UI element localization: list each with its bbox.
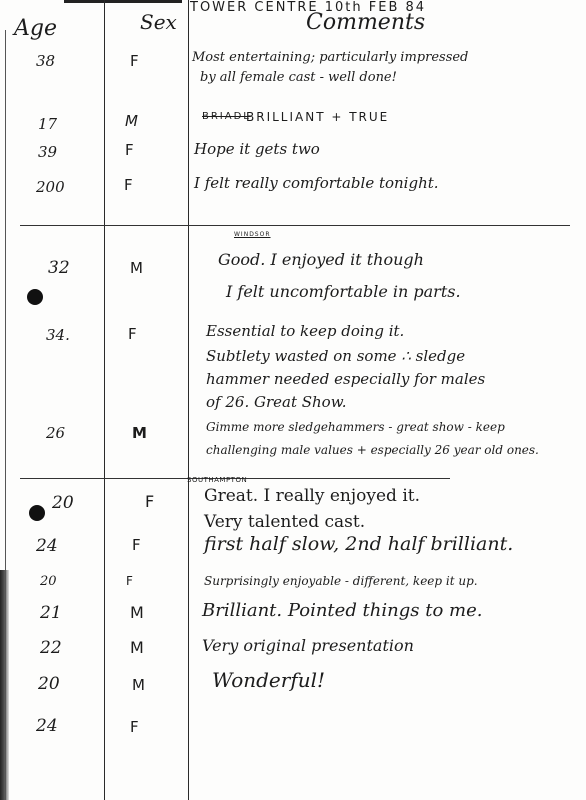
age-cell: 20 bbox=[40, 574, 57, 589]
sex-cell: F bbox=[125, 141, 134, 159]
column-header-age: Age bbox=[14, 16, 57, 41]
sex-cell: M bbox=[130, 638, 144, 657]
comment-line: first half slow, 2nd half brilliant. bbox=[204, 533, 513, 555]
comment-line: Great. I really enjoyed it. bbox=[204, 486, 420, 506]
sex-cell: F bbox=[145, 492, 154, 511]
sex-cell: F bbox=[130, 718, 139, 736]
sex-cell: F bbox=[128, 325, 137, 343]
comment-line: Most entertaining; particularly impresse… bbox=[192, 50, 468, 65]
column-header-comments: Comments bbox=[306, 10, 425, 35]
comment-line: BRILLIANT + TRUE bbox=[246, 110, 389, 124]
bullet-mark bbox=[27, 289, 43, 305]
age-cell: 20 bbox=[52, 493, 74, 513]
comment-line: Surprisingly enjoyable - different, keep… bbox=[204, 574, 478, 588]
bullet-mark bbox=[29, 505, 45, 521]
age-cell: 26 bbox=[46, 424, 65, 442]
scanned-feedback-sheet: TOWER CENTRE 10th FEB 84 Age Sex Comment… bbox=[0, 0, 586, 800]
comment-line: I felt uncomfortable in parts. bbox=[226, 282, 461, 301]
age-cell: 38 bbox=[36, 52, 55, 70]
comment-line: by all female cast - well done! bbox=[200, 70, 397, 85]
age-cell: 200 bbox=[36, 178, 65, 196]
age-cell: 17 bbox=[38, 115, 57, 133]
sex-cell: F bbox=[124, 176, 133, 194]
sex-cell: M bbox=[132, 676, 145, 694]
age-cell: 32 bbox=[48, 258, 70, 278]
comment-line: Essential to keep doing it. bbox=[206, 322, 404, 340]
sex-cell: F bbox=[126, 574, 133, 588]
sex-cell: M bbox=[130, 259, 143, 277]
top-edge-mark bbox=[64, 0, 182, 3]
comment-line: Good. I enjoyed it though bbox=[218, 250, 424, 269]
comment-line: Hope it gets two bbox=[194, 140, 320, 158]
sex-cell: F bbox=[130, 52, 139, 70]
age-cell: 21 bbox=[40, 603, 62, 623]
comment-line: Very talented cast. bbox=[204, 512, 365, 532]
comment-line: Very original presentation bbox=[202, 636, 414, 655]
location-label: WINDSOR bbox=[234, 231, 271, 238]
comment-line: Wonderful! bbox=[212, 668, 325, 692]
age-cell: 39 bbox=[38, 143, 57, 161]
sex-cell: F bbox=[132, 536, 141, 554]
age-cell: 24 bbox=[36, 536, 58, 556]
age-sex-divider bbox=[104, 0, 105, 800]
comment-line: I felt really comfortable tonight. bbox=[194, 174, 439, 192]
comment-line: of 26. Great Show. bbox=[206, 393, 347, 411]
scan-shadow-edge bbox=[0, 570, 9, 800]
struck-word: BRIADL bbox=[202, 111, 251, 122]
location-label: SOUTHAMPTON bbox=[187, 476, 247, 484]
windsor-section-divider bbox=[20, 225, 570, 226]
sex-cell: M bbox=[132, 424, 147, 442]
sex-cell: M bbox=[125, 112, 138, 130]
comment-line: Gimme more sledgehammers - great show - … bbox=[206, 420, 505, 434]
age-cell: 24 bbox=[36, 716, 58, 736]
comment-line: Subtlety wasted on some ∴ sledge bbox=[206, 347, 465, 365]
sex-cell: M bbox=[130, 603, 144, 622]
age-cell: 20 bbox=[38, 674, 60, 694]
comment-line: hammer needed especially for males bbox=[206, 370, 485, 388]
comment-line: challenging male values + especially 26 … bbox=[206, 443, 539, 457]
column-header-sex: Sex bbox=[140, 10, 177, 34]
comment-line: Brilliant. Pointed things to me. bbox=[202, 600, 482, 621]
sex-comments-divider bbox=[188, 0, 189, 800]
age-cell: 22 bbox=[40, 638, 62, 658]
age-cell: 34. bbox=[46, 326, 70, 344]
